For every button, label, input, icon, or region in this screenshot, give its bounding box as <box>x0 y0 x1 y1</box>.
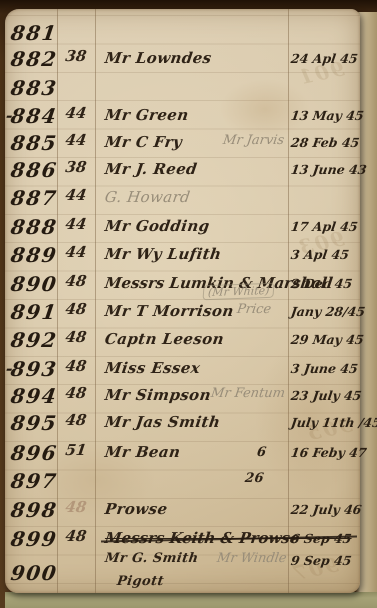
pencil-entry-name: G. Howard <box>104 188 192 206</box>
entry-name: Pigott <box>116 574 165 589</box>
quantity: 44 <box>58 186 95 204</box>
ledger-row-884: - 884 44 Mr Green 13 May 45 <box>5 104 360 130</box>
entry-number: 882 <box>9 47 56 71</box>
ledger-row-889: 889 44 Mr Wy Lufith 3 Apl 45 <box>5 243 360 269</box>
mid-column-note: 26 <box>244 471 265 486</box>
entry-name: Mr C Fry <box>104 133 184 151</box>
entry-date: 22 July 46 <box>290 502 363 517</box>
ledger-row-885: 885 44 Mr C Fry Mr Jarvis 28 Feb 45 <box>5 131 360 157</box>
quantity: 48 <box>58 300 95 318</box>
entry-name: Captn Leeson <box>104 330 226 348</box>
entry-number: 889 <box>9 243 56 267</box>
ledger-row-891: 891 48 Mr T Morrison Price Jany 28/45 <box>5 300 360 326</box>
entry-number: 897 <box>9 469 56 493</box>
entry-date: 23 July 45 <box>290 388 363 403</box>
ledger-row-886: 886 38 Mr J. Reed 13 June 43 <box>5 158 360 184</box>
entry-date: 2 Dec 45 <box>290 276 353 291</box>
ledger-page: 901 903 905 907 881 882 38 Mr Lowndes 24… <box>5 9 360 593</box>
ledger-row-883: 883 <box>5 76 360 102</box>
entry-date: 3 Apl 45 <box>290 247 350 262</box>
entry-number: 891 <box>9 300 56 324</box>
entry-date: 24 Apl 45 <box>290 51 359 66</box>
ledger-row-896: 896 51 Mr Bean 6 16 Feby 47 <box>5 441 360 467</box>
entry-date: 28 Feb 45 <box>290 135 360 150</box>
ledger-row-881: 881 <box>5 21 360 47</box>
quantity: 48 <box>58 411 95 429</box>
quantity: 48 <box>58 272 95 290</box>
entry-name: Prowse <box>104 500 169 518</box>
pencil-boxed-note: (Mr White) <box>202 283 274 301</box>
ledger-row-893: - 893 48 Miss Essex 3 June 45 <box>5 357 360 383</box>
entry-number: 885 <box>9 131 56 155</box>
quantity: 38 <box>58 158 95 176</box>
entry-date: 16 Feby 47 <box>290 445 368 460</box>
entry-number: 893 <box>9 357 56 381</box>
ledger-row-895: 895 48 Mr Jas Smith July 11th /45 <box>5 411 360 437</box>
entry-number: 884 <box>9 104 56 128</box>
entry-number: 899 <box>9 527 56 551</box>
quantity: 44 <box>58 243 95 261</box>
ledger-row-890: 890 48 Messrs Lumkin & Marshall 2 Dec 45 <box>5 272 360 298</box>
quantity: 48 <box>58 357 95 375</box>
entry-number: 898 <box>9 498 56 522</box>
pencil-annotation: Mr Jarvis <box>222 133 285 148</box>
quantity: 44 <box>58 131 95 149</box>
quantity: 48 <box>58 527 95 545</box>
entry-number: 892 <box>9 328 56 352</box>
ledger-row-900: 900 Pigott <box>5 561 360 587</box>
entry-number: 881 <box>9 21 56 45</box>
entry-name: Mr Godding <box>104 217 211 235</box>
entry-date: 3 June 45 <box>290 361 359 376</box>
pencil-annotation: Mr Fentum <box>210 386 286 401</box>
pre-date-number: 6 <box>256 445 267 460</box>
entry-number: 888 <box>9 215 56 239</box>
entry-number: 894 <box>9 384 56 408</box>
desk-surface <box>5 592 377 608</box>
entry-name: Mr Simpson <box>104 386 213 404</box>
entry-name: Mr Green <box>104 106 190 124</box>
entry-number: 900 <box>9 561 56 585</box>
entry-name: Mr T Morrison <box>104 302 235 320</box>
entry-date: July 11th /45 <box>290 415 377 430</box>
entry-date: 13 May 45 <box>290 108 365 123</box>
entry-number: 895 <box>9 411 56 435</box>
quantity: 44 <box>58 215 95 233</box>
quantity: 48 <box>58 384 95 402</box>
ledger-row-887: 887 44 G. Howard <box>5 186 360 212</box>
entry-date: Jany 28/45 <box>290 304 366 319</box>
quantity: 44 <box>58 104 95 122</box>
entry-number: 896 <box>9 441 56 465</box>
entry-name: Mr Bean <box>104 443 182 461</box>
ledger-row-894: 894 48 Mr Simpson Mr Fentum 23 July 45 <box>5 384 360 410</box>
pencil-annotation: Price <box>236 302 272 317</box>
entry-date: 29 May 45 <box>290 332 365 347</box>
quantity: 38 <box>58 47 95 65</box>
ledger-row-882: 882 38 Mr Lowndes 24 Apl 45 <box>5 47 360 73</box>
quantity-pencil: 48 <box>58 498 95 516</box>
ledger-row-898: 898 48 Prowse 22 July 46 <box>5 498 360 524</box>
entry-date: 13 June 43 <box>290 162 368 177</box>
quantity: 48 <box>58 328 95 346</box>
ledger-row-888: 888 44 Mr Godding 17 Apl 45 <box>5 215 360 241</box>
entry-name: Mr Jas Smith <box>104 413 222 431</box>
entry-name: Miss Essex <box>104 359 202 377</box>
ledger-row-897: 897 26 <box>5 469 360 495</box>
entry-number: 886 <box>9 158 56 182</box>
quantity: 51 <box>58 441 95 459</box>
entry-number: 890 <box>9 272 56 296</box>
entry-name: Mr Wy Lufith <box>104 245 223 263</box>
entry-number: 887 <box>9 186 56 210</box>
ledger-row-892: 892 48 Captn Leeson 29 May 45 <box>5 328 360 354</box>
entry-name: Mr Lowndes <box>104 49 213 67</box>
ledger-photo: { "document": { "kind": "handwritten led… <box>0 0 377 608</box>
entry-name: Mr J. Reed <box>104 160 199 178</box>
entry-number: 883 <box>9 76 56 100</box>
entry-date: 17 Apl 45 <box>290 219 359 234</box>
